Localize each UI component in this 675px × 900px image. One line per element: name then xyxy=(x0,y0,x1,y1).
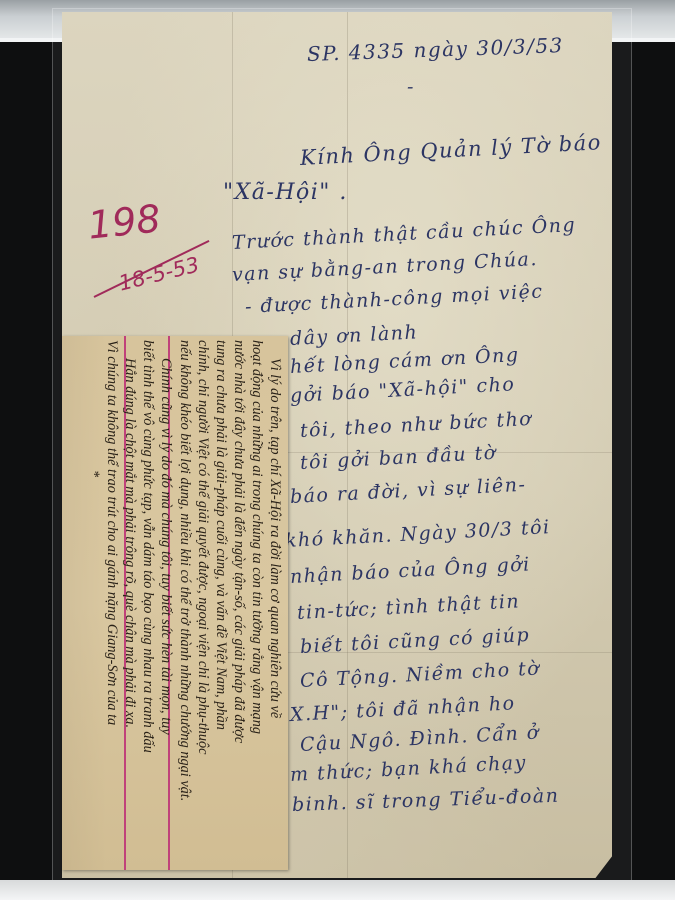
clipping-line: chính, chỉ người Việt có thể giải quyết … xyxy=(194,340,212,866)
display-shelf xyxy=(0,880,675,900)
clipping-line: tung ra chưa phải là giải-pháp cuối cùng… xyxy=(212,340,230,866)
clipping-asterisk: * xyxy=(85,340,103,866)
clipping-line: nước nhà tới đây chưa phải là đến ngày t… xyxy=(230,340,248,866)
clipping-line: hoạt động của những ai trong chúng ta cò… xyxy=(248,340,266,866)
clipping-line: Hẳn đúng là chột mắt mà phải trông rõ, q… xyxy=(121,340,139,866)
margin-annotation-number: 198 xyxy=(86,196,163,247)
clipping-line: nếu không khéo biết lợi dụng, nhiều khi … xyxy=(175,340,193,866)
newspaper-clipping: Vì lý do trên, tạp chí Xã-Hội ra đời làm… xyxy=(62,336,288,870)
clipping-line: Vì lý do trên, tạp chí Xã-Hội ra đời làm… xyxy=(266,340,284,866)
clipping-line: Vì chúng ta không thể trao trút cho ai g… xyxy=(103,340,121,866)
clipping-line: Chính cũng vì lý do đó mà chúng tôi, tuy… xyxy=(157,340,175,866)
clipping-text-rotated: Vì lý do trên, tạp chí Xã-Hội ra đời làm… xyxy=(66,340,284,866)
clipping-line: biết tình thế vô cùng phức tạp, vẫn dám … xyxy=(139,340,157,866)
salutation-line2: "Xã-Hội" . xyxy=(223,180,348,205)
header-dash: - xyxy=(407,76,415,98)
